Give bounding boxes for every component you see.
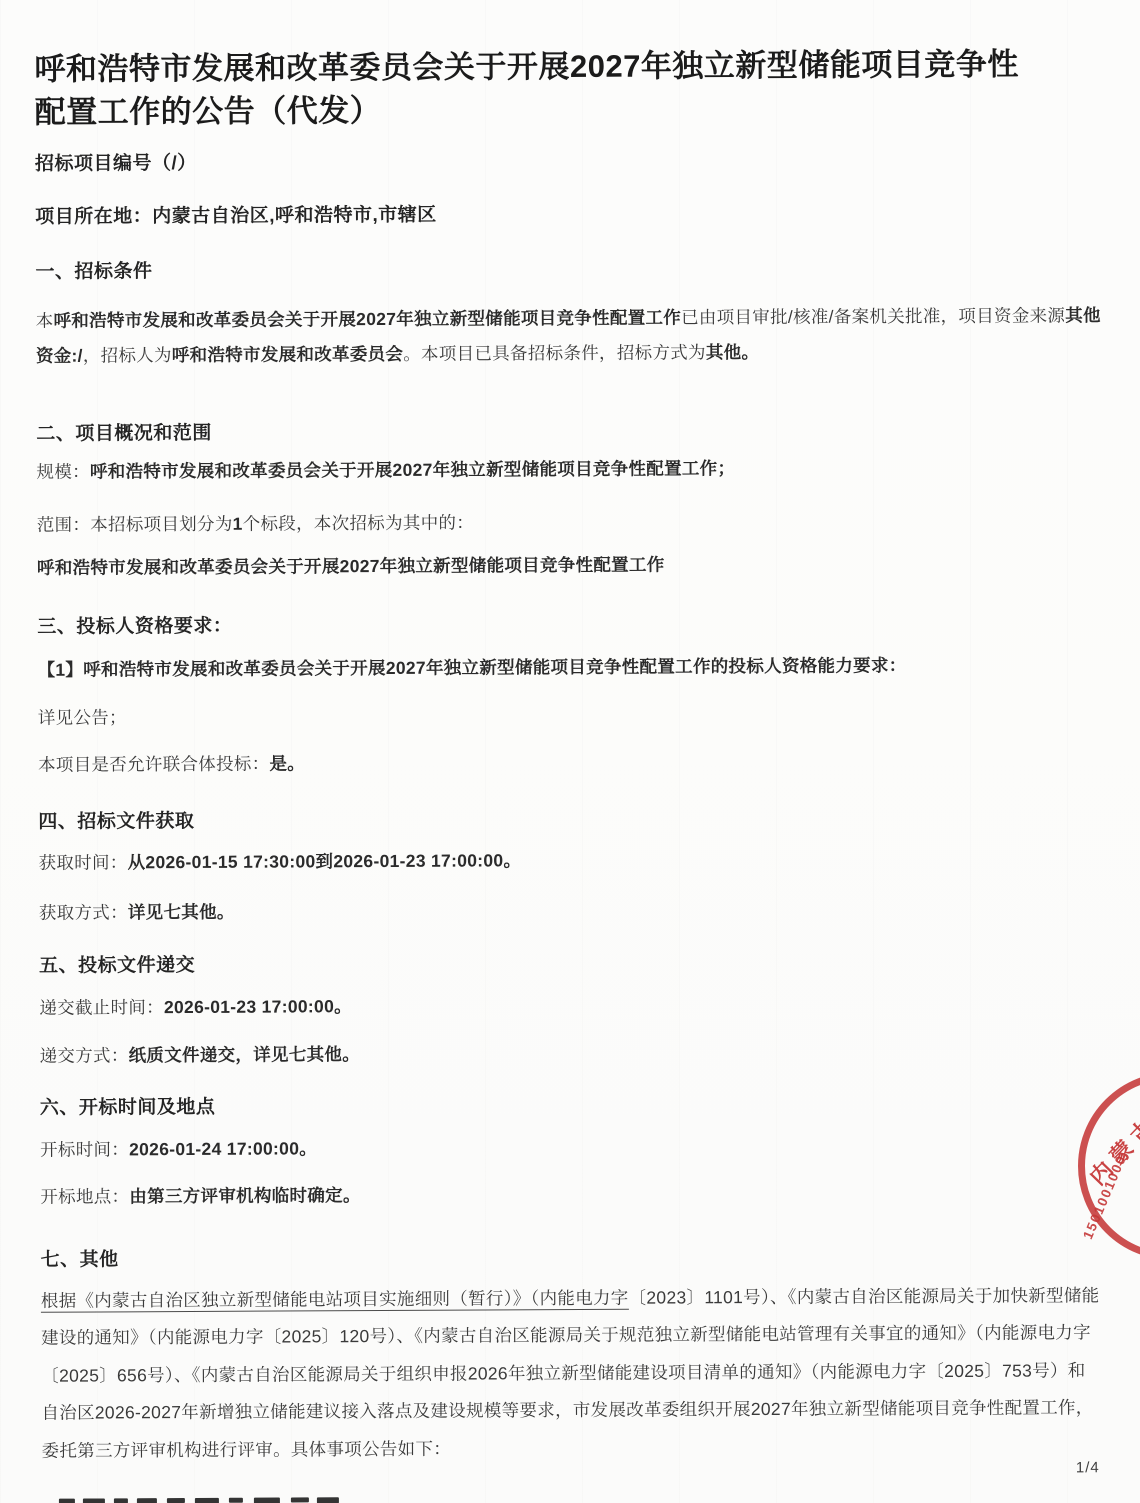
scale-value: 呼和浩特市发展和改革委员会关于开展2027年独立新型储能项目竞争性配置工作； bbox=[90, 458, 735, 481]
page-number: 1/4 bbox=[1076, 1459, 1100, 1476]
obtain-method-value: 详见七其他。 bbox=[128, 902, 235, 923]
section-6-heading: 六、开标时间及地点 bbox=[40, 1092, 216, 1120]
section-1-paragraph: 本呼和浩特市发展和改革委员会关于开展2027年独立新型储能项目竞争性配置工作已由… bbox=[36, 298, 1102, 374]
cutoff-fragment bbox=[229, 1498, 243, 1503]
cutoff-fragment bbox=[195, 1498, 219, 1503]
cutoff-fragment bbox=[167, 1498, 185, 1503]
submit-deadline-label: 递交截止时间： bbox=[39, 997, 164, 1018]
referenced-regulation-underlined: 根据《内蒙古自治区独立新型储能电站项目实施细则（暂行）》（内能电力字 bbox=[41, 1287, 629, 1312]
cutoff-fragment bbox=[254, 1498, 280, 1503]
section-1-heading: 一、招标条件 bbox=[35, 256, 152, 284]
submit-method-label: 递交方式： bbox=[40, 1045, 129, 1065]
consortium-label: 本项目是否允许联合体投标： bbox=[38, 754, 270, 775]
section-5-heading: 五、投标文件递交 bbox=[39, 950, 195, 978]
obtain-time-label: 获取时间： bbox=[39, 852, 128, 872]
open-time-line: 开标时间：2026-01-24 17:00:00。 bbox=[40, 1135, 317, 1161]
scope-line: 范围：本招标项目划分为1个标段，本次招标为其中的： bbox=[37, 502, 1103, 543]
project-location-value: 内蒙古自治区,呼和浩特市,市辖区 bbox=[152, 205, 437, 227]
scope-post: 个标段，本次招标为其中的： bbox=[243, 512, 475, 533]
cutoff-next-line-fragments bbox=[59, 1497, 419, 1503]
open-place-value: 由第三方评审机构临时确定。 bbox=[129, 1185, 361, 1206]
section-7-heading: 七、其他 bbox=[41, 1244, 119, 1271]
cutoff-fragment bbox=[137, 1498, 157, 1503]
submit-deadline-value: 2026-01-23 17:00:00。 bbox=[164, 996, 352, 1017]
scale-label: 规模： bbox=[36, 462, 90, 482]
cutoff-fragment bbox=[59, 1499, 75, 1503]
bid-project-number: 招标项目编号（/） bbox=[35, 148, 197, 176]
document-content: 呼和浩特市发展和改革委员会关于开展2027年独立新型储能项目竞争性配置工作的公告… bbox=[0, 0, 1140, 1503]
cutoff-fragment bbox=[317, 1497, 339, 1503]
submit-method-line: 递交方式：纸质文件递交，详见七其他。 bbox=[40, 1041, 361, 1068]
consortium-value: 是。 bbox=[269, 753, 305, 773]
open-time-value: 2026-01-24 17:00:00。 bbox=[129, 1138, 317, 1159]
lot-count: 1 bbox=[233, 514, 243, 534]
open-place-label: 开标地点： bbox=[40, 1186, 129, 1206]
scanned-document-page: 呼和浩特市发展和改革委员会关于开展2027年独立新型储能项目竞争性配置工作的公告… bbox=[0, 0, 1140, 1503]
section-7-paragraph: 根据《内蒙古自治区独立新型储能电站项目实施细则（暂行）》（内能电力字〔2023〕… bbox=[41, 1277, 1104, 1470]
s1-seg-e: ，招标人为 bbox=[83, 345, 172, 365]
s1-seg-g: 。本项目已具备招标条件，招标方式为 bbox=[403, 342, 706, 364]
open-place-line: 开标地点：由第三方评审机构临时确定。 bbox=[40, 1182, 361, 1209]
obtain-time-line: 获取时间：从2026-01-15 17:30:00到2026-01-23 17:… bbox=[39, 847, 522, 875]
scale-line: 规模：呼和浩特市发展和改革委员会关于开展2027年独立新型储能项目竞争性配置工作… bbox=[36, 449, 1102, 490]
section-4-heading: 四、招标文件获取 bbox=[38, 806, 194, 834]
section-3-heading: 三、投标人资格要求： bbox=[37, 611, 232, 639]
s1-seg-c: 已由项目审批/核准/备案机关批准，项目资金来源 bbox=[681, 305, 1065, 327]
scope-pre: 本招标项目划分为 bbox=[90, 514, 233, 535]
s1-bid-method: 其他。 bbox=[706, 342, 760, 362]
cutoff-fragment bbox=[114, 1498, 128, 1503]
qualification-item: 【1】呼和浩特市发展和改革委员会关于开展2027年独立新型储能项目竞争性配置工作… bbox=[37, 647, 1103, 688]
cutoff-fragment bbox=[83, 1498, 105, 1503]
scope-label: 范围： bbox=[37, 515, 91, 535]
obtain-method-label: 获取方式： bbox=[39, 902, 128, 922]
s1-seg-a: 本 bbox=[36, 310, 54, 330]
consortium-line: 本项目是否允许联合体投标：是。 bbox=[38, 750, 305, 776]
s1-project-name: 呼和浩特市发展和改革委员会关于开展2027年独立新型储能项目竞争性配置工作 bbox=[53, 307, 681, 330]
submit-deadline-line: 递交截止时间：2026-01-23 17:00:00。 bbox=[39, 993, 352, 1020]
scope-target-line: 呼和浩特市发展和改革委员会关于开展2027年独立新型储能项目竞争性配置工作 bbox=[37, 545, 1103, 586]
qualification-detail: 详见公告； bbox=[38, 704, 127, 729]
open-time-label: 开标时间： bbox=[40, 1139, 129, 1159]
obtain-method-line: 获取方式：详见七其他。 bbox=[39, 899, 235, 925]
submit-method-value: 纸质文件递交，详见七其他。 bbox=[129, 1044, 361, 1065]
section-2-heading: 二、项目概况和范围 bbox=[36, 418, 212, 446]
obtain-time-value: 从2026-01-15 17:30:00到2026-01-23 17:00:00… bbox=[128, 850, 522, 872]
s1-tenderer-name: 呼和浩特市发展和改革委员会 bbox=[172, 343, 404, 364]
page-title: 呼和浩特市发展和改革委员会关于开展2027年独立新型储能项目竞争性配置工作的公告… bbox=[34, 42, 1049, 133]
project-location-label: 项目所在地： bbox=[35, 206, 152, 228]
project-location: 项目所在地：内蒙古自治区,呼和浩特市,市辖区 bbox=[35, 200, 437, 229]
cutoff-fragment bbox=[291, 1497, 309, 1502]
